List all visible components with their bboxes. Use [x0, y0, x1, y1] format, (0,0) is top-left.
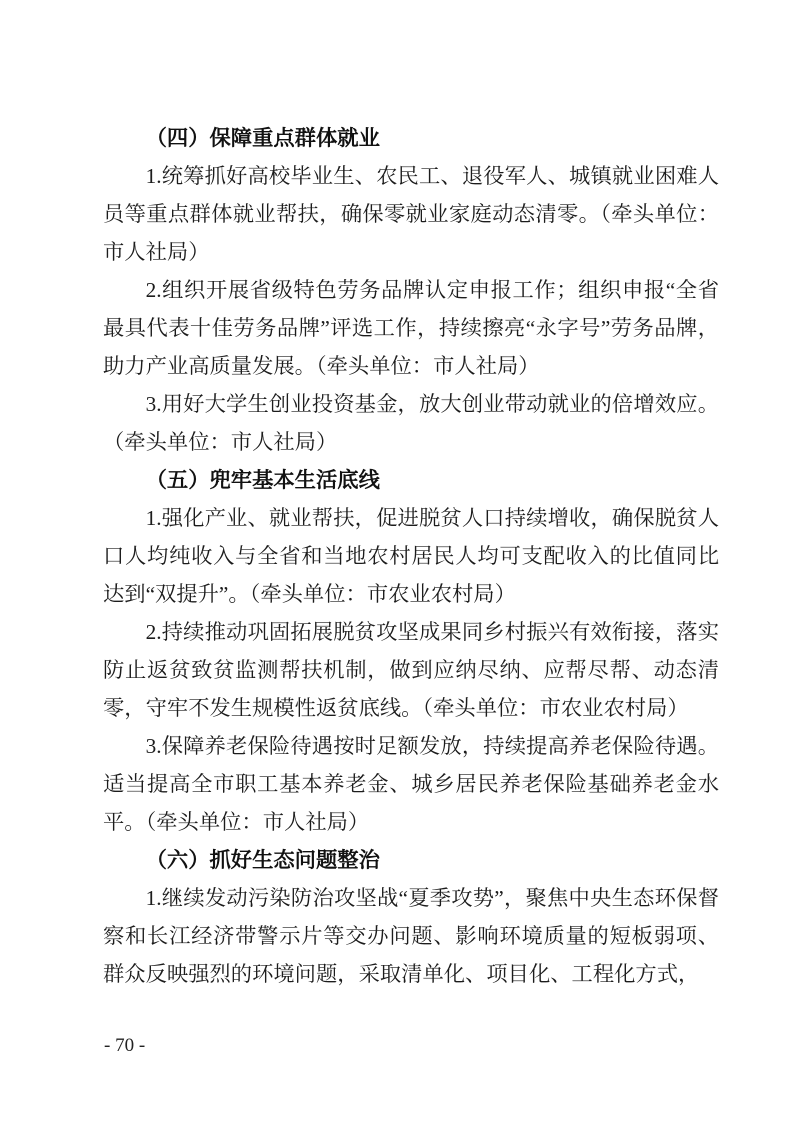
paragraph: 1.继续发动污染防治攻坚战“夏季攻势”，聚焦中央生态环保督察和长江经济带警示片等… [103, 879, 719, 993]
document-body: （四）保障重点群体就业 1.统筹抓好高校毕业生、农民工、退役军人、城镇就业困难人… [103, 119, 719, 993]
paragraph: 2.持续推动巩固拓展脱贫攻坚成果同乡村振兴有效衔接，落实防止返贫致贫监测帮扶机制… [103, 613, 719, 727]
paragraph: 3.保障养老保险待遇按时足额发放，持续提高养老保险待遇。适当提高全市职工基本养老… [103, 727, 719, 841]
section-heading-6: （六）抓好生态问题整治 [103, 841, 719, 879]
page-number: - 70 - [104, 1034, 145, 1058]
paragraph: 1.统筹抓好高校毕业生、农民工、退役军人、城镇就业困难人员等重点群体就业帮扶，确… [103, 157, 719, 271]
section-heading-4: （四）保障重点群体就业 [103, 119, 719, 157]
paragraph: 2.组织开展省级特色劳务品牌认定申报工作；组织申报“全省最具代表十佳劳务品牌”评… [103, 271, 719, 385]
document-page: （四）保障重点群体就业 1.统筹抓好高校毕业生、农民工、退役军人、城镇就业困难人… [0, 0, 793, 1122]
paragraph: 1.强化产业、就业帮扶，促进脱贫人口持续增收，确保脱贫人口人均纯收入与全省和当地… [103, 499, 719, 613]
section-heading-5: （五）兜牢基本生活底线 [103, 461, 719, 499]
paragraph: 3.用好大学生创业投资基金，放大创业带动就业的倍增效应。（牵头单位：市人社局） [103, 385, 719, 461]
